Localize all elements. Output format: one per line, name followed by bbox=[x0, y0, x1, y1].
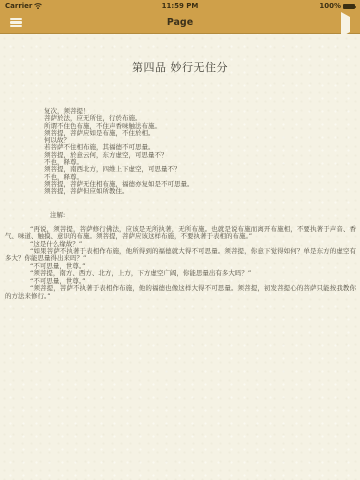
nav-bar: Page bbox=[0, 12, 360, 34]
sutra-line: 须菩提，南西北方，四维上下虚空，可思量不？ bbox=[44, 166, 350, 173]
note-paragraph: “须菩提，菩萨不执著于表相作布施，他的福德也像这样大得不可思量。须菩提，初发菩提… bbox=[5, 285, 356, 300]
sutra-line: 须菩提，於意云何，东方虚空，可思量不？ bbox=[44, 152, 350, 159]
page-content[interactable]: 第四品 妙行无住分 复次，须菩提！ 菩萨於法，应无所住，行於布施。 所谓不住色布… bbox=[0, 34, 360, 480]
status-left: Carrier bbox=[5, 0, 42, 12]
status-time: 11:59 PM bbox=[0, 0, 360, 12]
status-right: 100% bbox=[319, 0, 355, 12]
note-paragraph: “如果菩萨不执著于表相作布施，他所得到的福德就大得不可思量。须菩提，你意下觉得如… bbox=[5, 248, 356, 263]
sutra-text-block: 复次，须菩提！ 菩萨於法，应无所住，行於布施。 所谓不住色布施，不住声香味触法布… bbox=[44, 108, 350, 196]
wifi-icon bbox=[34, 3, 42, 9]
page-title: 第四品 妙行无住分 bbox=[0, 34, 360, 75]
carrier-label: Carrier bbox=[5, 0, 32, 12]
play-icon bbox=[341, 12, 350, 37]
notes-label: 注解: bbox=[50, 212, 360, 219]
menu-icon bbox=[10, 18, 22, 20]
play-button[interactable] bbox=[339, 17, 351, 29]
sutra-line: 须菩提，菩萨但应如所教住。 bbox=[44, 188, 350, 195]
menu-button[interactable] bbox=[10, 17, 23, 28]
app-window: Carrier 11:59 PM 100% Page 第四品 妙行无住分 bbox=[0, 0, 360, 480]
note-paragraph: “再说，须菩提，菩萨修行佛法，应该是无所执著，无所布施。也就是说布施而离开布施相… bbox=[5, 226, 356, 241]
notes-text-block: “再说，须菩提，菩萨修行佛法，应该是无所执著，无所布施。也就是说布施而离开布施相… bbox=[5, 226, 356, 300]
battery-icon bbox=[343, 4, 355, 9]
status-bar: Carrier 11:59 PM 100% bbox=[0, 0, 360, 12]
battery-percent-label: 100% bbox=[319, 0, 341, 12]
nav-title: Page bbox=[167, 17, 193, 28]
sutra-line: 须菩提，菩萨应如是布施，不住於相。 bbox=[44, 130, 350, 137]
